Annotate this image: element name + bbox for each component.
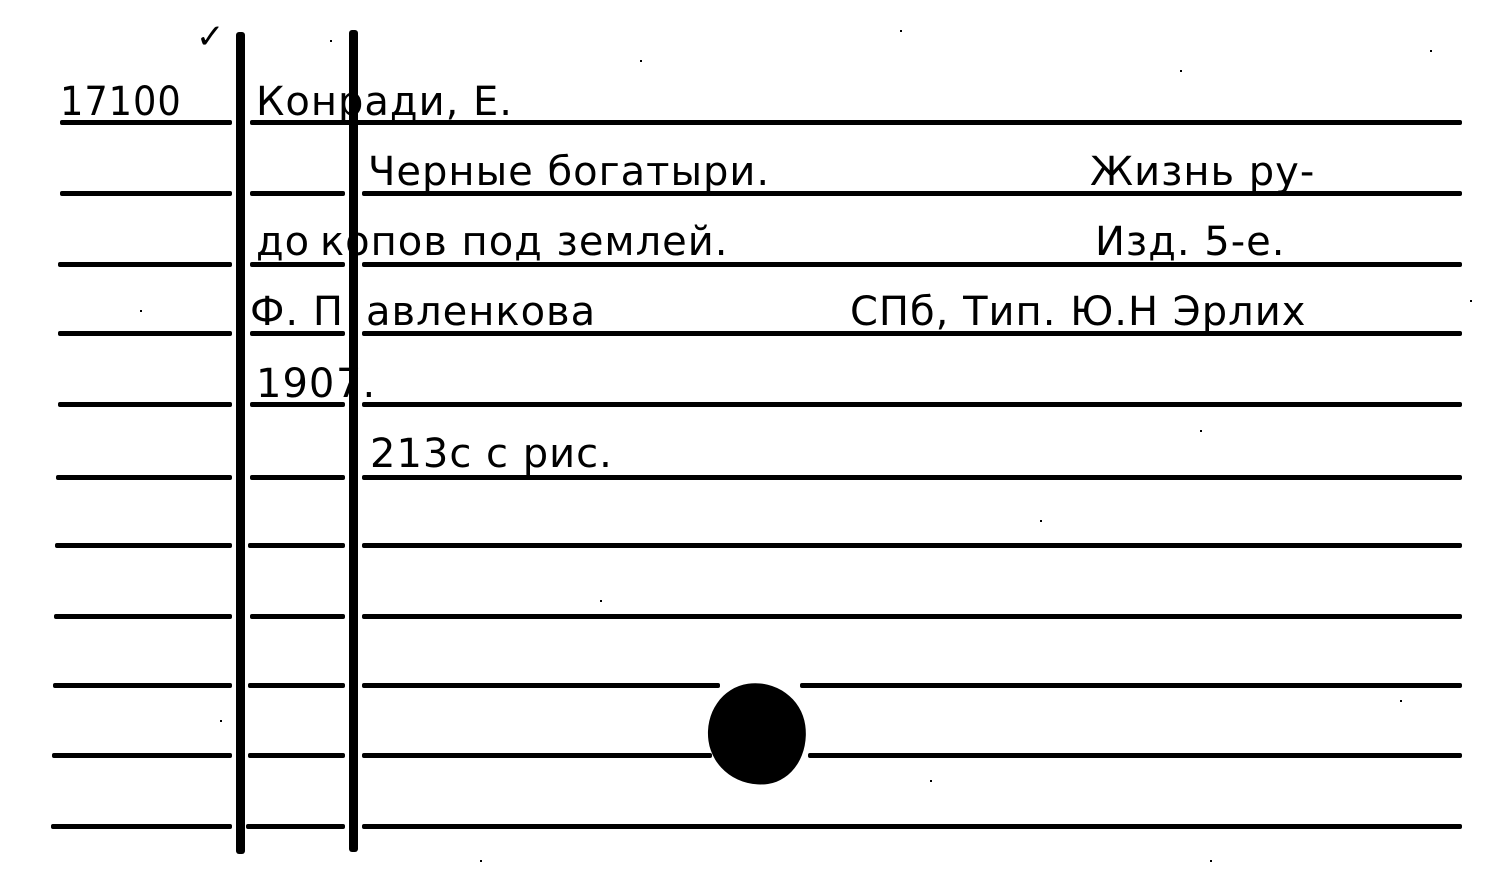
- ruled-line: [60, 191, 232, 196]
- ruled-line: [362, 402, 1462, 407]
- year-b: 7.: [336, 364, 376, 404]
- ruled-line: [248, 543, 345, 548]
- speck: [1400, 700, 1402, 702]
- ruled-line: [51, 824, 232, 829]
- ruled-line: [250, 475, 345, 480]
- ruled-line: [58, 402, 232, 407]
- ruled-line: [52, 753, 232, 758]
- speck: [640, 60, 642, 62]
- ruled-line: [54, 614, 232, 619]
- speck: [930, 780, 932, 782]
- speck: [900, 30, 902, 32]
- pagination: 213с с рис.: [370, 434, 613, 474]
- ruled-line: [55, 543, 232, 548]
- ruled-line: [248, 753, 345, 758]
- ruled-line: [808, 753, 1462, 758]
- speck: [1200, 430, 1202, 432]
- title-line-2a: до: [256, 222, 310, 262]
- ruled-line: [56, 475, 232, 480]
- ruled-line: [362, 683, 720, 688]
- speck: [140, 310, 142, 312]
- publisher-a: Ф. П: [250, 292, 344, 332]
- speck: [330, 40, 332, 42]
- speck: [1180, 70, 1182, 72]
- speck: [1040, 520, 1042, 522]
- ruled-line: [362, 543, 1462, 548]
- ruled-line: [362, 753, 712, 758]
- ruled-line: [248, 683, 345, 688]
- speck: [1210, 860, 1212, 862]
- ruled-line: [58, 331, 232, 336]
- left-margin-line: [236, 32, 245, 854]
- ruled-line: [362, 614, 1462, 619]
- check-mark-icon: ✓: [196, 20, 225, 54]
- ruled-line: [53, 683, 232, 688]
- speck: [600, 600, 602, 602]
- place-printer: СПб, Тип. Ю.Н Эрлих: [850, 292, 1306, 332]
- ruled-line: [362, 824, 1462, 829]
- year-a: 190: [256, 364, 335, 404]
- title-line-1b: Жизнь ру-: [1090, 152, 1315, 192]
- ruled-line: [246, 824, 345, 829]
- call-number: 17100: [60, 82, 182, 122]
- ruled-line: [800, 683, 1462, 688]
- edition: Изд. 5-е.: [1095, 222, 1285, 262]
- punch-hole: [701, 677, 812, 792]
- speck: [1430, 50, 1432, 52]
- catalog-card: 17100 ✓ Конради, Е. Черные богатыри. Жиз…: [0, 0, 1488, 880]
- author-heading: Конради, Е.: [256, 82, 513, 122]
- title-line-1a: Черные богатыри.: [368, 152, 770, 192]
- speck: [1470, 300, 1472, 302]
- ruled-line: [58, 262, 232, 267]
- publisher-b: авленкова: [366, 292, 596, 332]
- speck: [220, 720, 222, 722]
- ruled-line: [250, 191, 345, 196]
- right-margin-line: [349, 30, 358, 852]
- title-line-2b: копов под землей.: [320, 222, 728, 262]
- ruled-line: [250, 614, 345, 619]
- speck: [480, 860, 482, 862]
